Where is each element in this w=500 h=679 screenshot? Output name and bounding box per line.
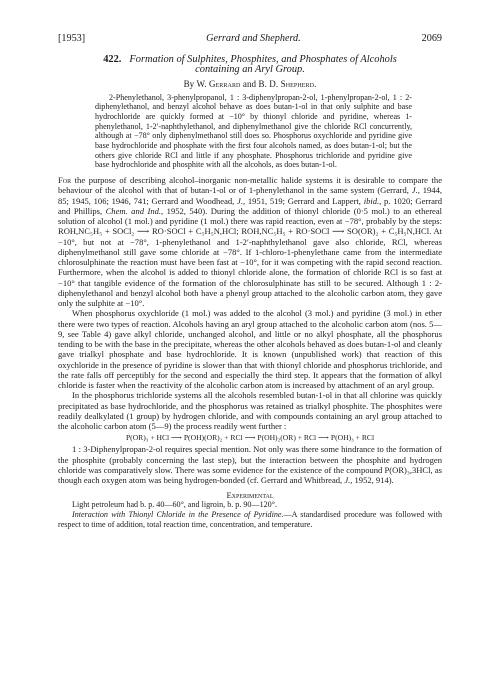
text-run: , 1952, 914). [350, 475, 393, 485]
text-run: At −10°, but not at −78°, 1-phenylethano… [58, 226, 442, 308]
article-title: 422.Formation of Sulphites, Phosphites, … [58, 55, 442, 76]
journal-page: [1953] Gerrard and Shepherd. 2069 422.Fo… [58, 33, 442, 529]
abstract: 2-Phenylethanol, 3-phenylpropanol, 1 : 3… [95, 93, 412, 170]
page-number: 2069 [422, 33, 442, 44]
dealkylation-equation: P(OR)₃ + HCl ⟶ P(OH)(OR)₂ + RCl ⟶ P(OH)₂… [58, 433, 442, 443]
byline-prefix: By W. [184, 79, 207, 89]
paragraph-4: 1 : 3-Diphenylpropan-2-ol requires speci… [58, 444, 442, 485]
byline: By W. Gerrard and B. D. Shepherd. [58, 79, 442, 89]
text-run: the purpose of describing alcohol–inorga… [58, 175, 442, 195]
lead-word: For [58, 175, 71, 185]
paragraph-2: When phosphorus oxychloride (1 mol.) was… [58, 308, 442, 390]
experimental-section: Light petroleum had b. p. 40—60°, and li… [58, 500, 442, 529]
reaction-step-2: ROH,NC₅H₅ + RO·SOCl ⟶ SO(OR)₂ + C₅H₅N,HC… [241, 226, 431, 236]
author-gerrard: Gerrard [209, 79, 241, 89]
byline-and: and B. D. [243, 79, 278, 89]
article-title-text: Formation of Sulphites, Phosphites, and … [129, 54, 396, 75]
paragraph-3: In the phosphorus trichloride systems al… [58, 390, 442, 431]
citation-journal: Chem. and Ind. [106, 206, 161, 216]
running-head: [1953] Gerrard and Shepherd. 2069 [58, 33, 442, 47]
citation-ibid: ibid. [364, 196, 379, 206]
author-shepherd: Shepherd. [281, 79, 317, 89]
experimental-heading: Experimental [58, 490, 442, 500]
experimental-paragraph-2: Interaction with Thionyl Chloride in the… [58, 510, 442, 529]
body-text: For the purpose of describing alcohol–in… [58, 175, 442, 485]
article-number: 422. [103, 54, 121, 65]
journal-year: [1953] [58, 33, 85, 44]
experimental-subheading: Interaction with Thionyl Chloride in the… [72, 510, 283, 519]
experimental-paragraph-1: Light petroleum had b. p. 40—60°, and li… [58, 500, 442, 510]
running-title: Gerrard and Shepherd. [206, 33, 301, 44]
reaction-step-1: ROH,NC₅H₅ + SOCl₂ ⟶ RO·SOCl + C₅H₅N,HCl; [58, 226, 239, 236]
paragraph-1: For the purpose of describing alcohol–in… [58, 175, 442, 308]
text-run: , 1951, 519; Gerrard and Lappert, [243, 196, 364, 206]
